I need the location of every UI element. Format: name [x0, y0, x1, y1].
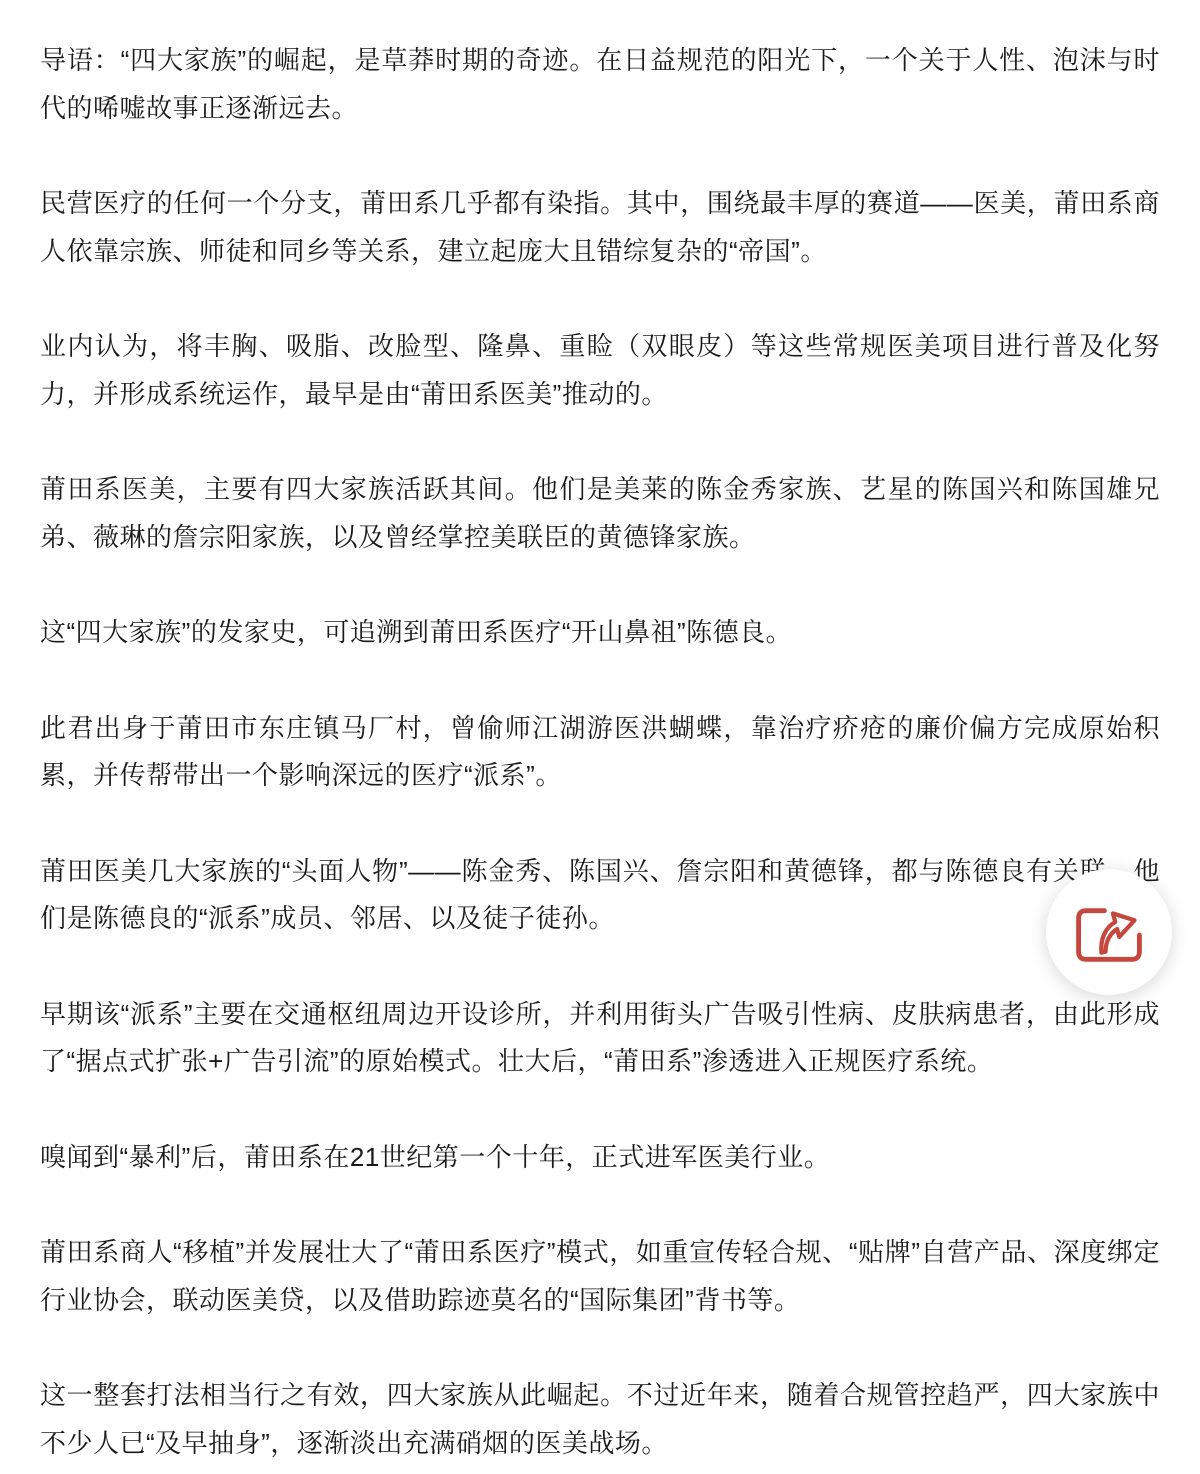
article-paragraph: 莆田系医美，主要有四大家族活跃其间。他们是美莱的陈金秀家族、艺星的陈国兴和陈国雄…	[40, 466, 1160, 561]
article-paragraph: 莆田医美几大家族的“头面人物”——陈金秀、陈国兴、詹宗阳和黄德锋，都与陈德良有关…	[40, 848, 1160, 943]
article-body: 导语：“四大家族”的崛起，是草莽时期的奇迹。在日益规范的阳光下，一个关于人性、泡…	[0, 0, 1200, 1467]
article-paragraph: 导语：“四大家族”的崛起，是草莽时期的奇迹。在日益规范的阳光下，一个关于人性、泡…	[40, 37, 1160, 132]
share-button[interactable]	[1046, 869, 1172, 995]
article-paragraph: 这一整套打法相当行之有效，四大家族从此崛起。不过近年来，随着合规管控趋严，四大家…	[40, 1372, 1160, 1467]
share-arrow-icon	[1071, 894, 1147, 970]
article-paragraph: 莆田系商人“移植”并发展壮大了“莆田系医疗”模式，如重宣传轻合规、“贴牌”自营产…	[40, 1229, 1160, 1324]
article-paragraph: 民营医疗的任何一个分支，莆田系几乎都有染指。其中，围绕最丰厚的赛道——医美，莆田…	[40, 180, 1160, 275]
article-paragraph: 业内认为，将丰胸、吸脂、改脸型、隆鼻、重睑（双眼皮）等这些常规医美项目进行普及化…	[40, 323, 1160, 418]
article-paragraph: 此君出身于莆田市东庄镇马厂村，曾偷师江湖游医洪蝴蝶，靠治疗疥疮的廉价偏方完成原始…	[40, 705, 1160, 800]
article-paragraph: 这“四大家族”的发家史，可追溯到莆田系医疗“开山鼻祖”陈德良。	[40, 609, 1160, 657]
article-paragraph: 嗅闻到“暴利”后，莆田系在21世纪第一个十年，正式进军医美行业。	[40, 1134, 1160, 1182]
article-paragraph: 早期该“派系”主要在交通枢纽周边开设诊所，并利用街头广告吸引性病、皮肤病患者，由…	[40, 991, 1160, 1086]
